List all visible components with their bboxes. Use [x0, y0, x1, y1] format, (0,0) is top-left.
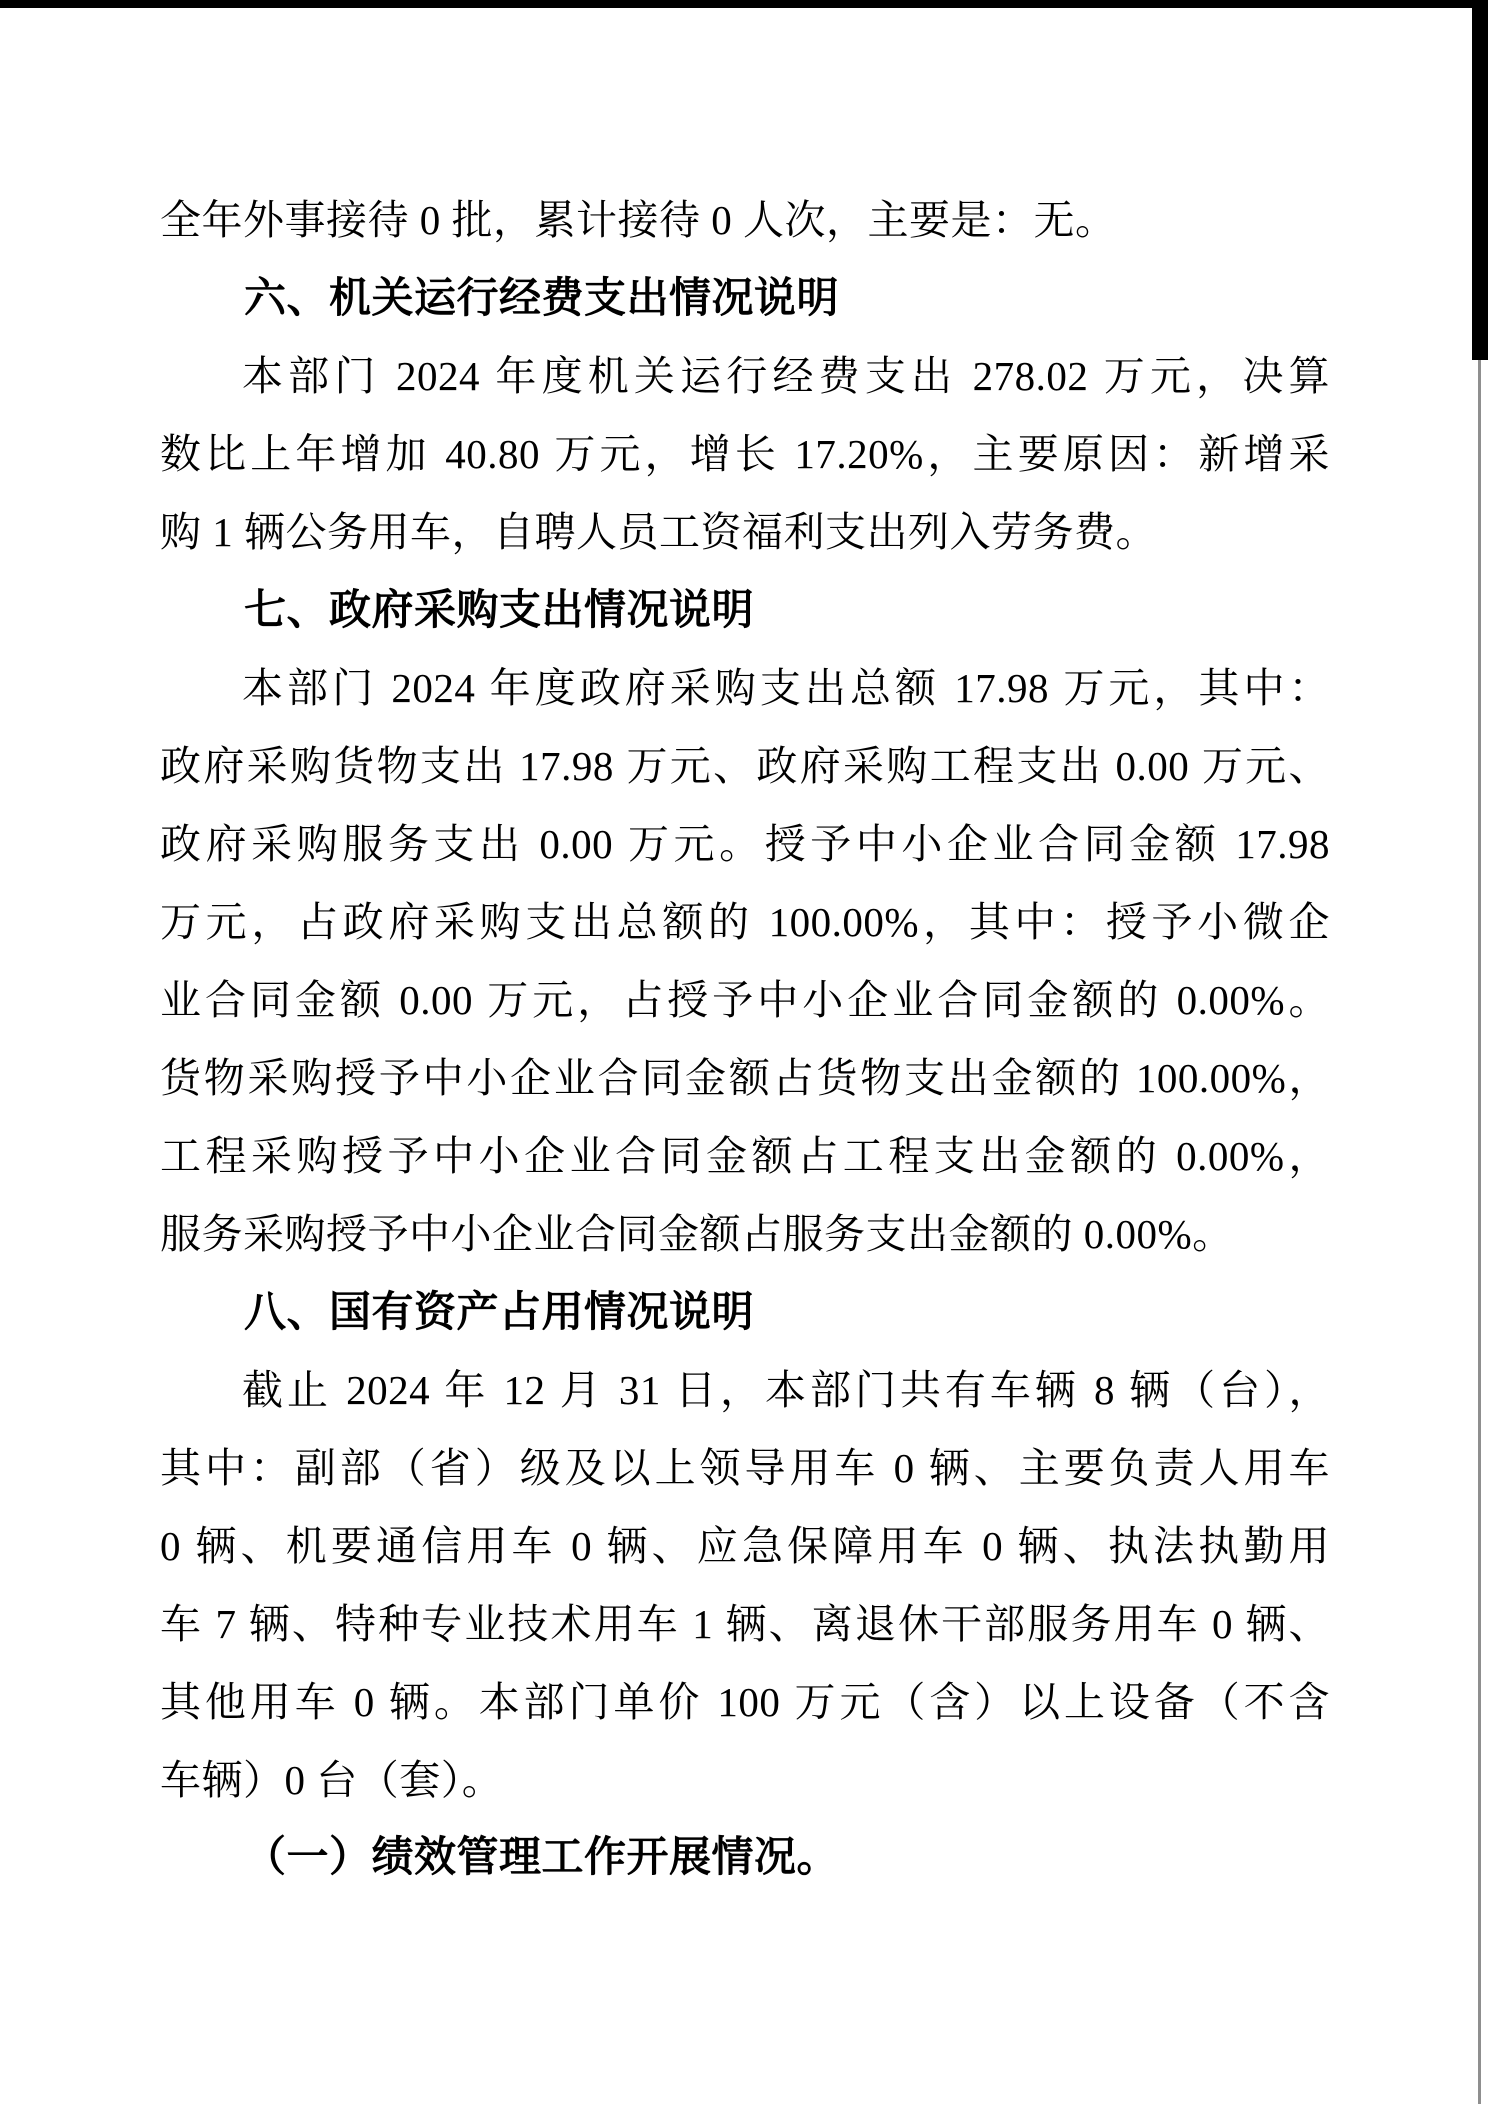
text-line-17: 其中：副部（省）级及以上领导用车 0 辆、主要负责人用车	[160, 1429, 1330, 1507]
text-line-14: 服务采购授予中小企业合同金额占服务支出金额的 0.00%。	[160, 1195, 1330, 1273]
text-line-3: 本部门 2024 年度机关运行经费支出 278.02 万元，决算	[160, 337, 1330, 415]
text-line-1: 全年外事接待 0 批，累计接待 0 人次，主要是：无。	[160, 181, 1330, 259]
text-line-6: 七、政府采购支出情况说明	[160, 571, 1330, 649]
text-line-20: 其他用车 0 辆。本部门单价 100 万元（含）以上设备（不含	[160, 1663, 1330, 1741]
text-line-15: 八、国有资产占用情况说明	[160, 1273, 1330, 1351]
text-line-19: 车 7 辆、特种专业技术用车 1 辆、离退休干部服务用车 0 辆、	[160, 1585, 1330, 1663]
text-line-5: 购 1 辆公务用车，自聘人员工资福利支出列入劳务费。	[160, 493, 1330, 571]
text-line-13: 工程采购授予中小企业合同金额占工程支出金额的 0.00%，	[160, 1117, 1330, 1195]
text-line-22: （一）绩效管理工作开展情况。	[160, 1819, 1330, 1897]
text-line-12: 货物采购授予中小企业合同金额占货物支出金额的 100.00%，	[160, 1039, 1330, 1117]
text-line-7: 本部门 2024 年度政府采购支出总额 17.98 万元，其中：	[160, 649, 1330, 727]
text-line-4: 数比上年增加 40.80 万元，增长 17.20%，主要原因：新增采	[160, 415, 1330, 493]
text-line-8: 政府采购货物支出 17.98 万元、政府采购工程支出 0.00 万元、	[160, 727, 1330, 805]
text-line-21: 车辆）0 台（套）。	[160, 1741, 1330, 1819]
text-line-2: 六、机关运行经费支出情况说明	[160, 259, 1330, 337]
text-line-18: 0 辆、机要通信用车 0 辆、应急保障用车 0 辆、执法执勤用	[160, 1507, 1330, 1585]
document-body: 全年外事接待 0 批，累计接待 0 人次，主要是：无。六、机关运行经费支出情况说…	[160, 181, 1330, 1897]
text-line-11: 业合同金额 0.00 万元，占授予中小企业合同金额的 0.00%。	[160, 961, 1330, 1039]
scan-artifact-right-edge-strip	[1472, 0, 1488, 360]
text-line-9: 政府采购服务支出 0.00 万元。授予中小企业合同金额 17.98	[160, 805, 1330, 883]
text-line-10: 万元，占政府采购支出总额的 100.00%，其中：授予小微企	[160, 883, 1330, 961]
scan-artifact-top-edge	[0, 0, 1488, 8]
scan-artifact-right-edge-line	[1478, 360, 1481, 2104]
text-line-16: 截止 2024 年 12 月 31 日，本部门共有车辆 8 辆（台），	[160, 1351, 1330, 1429]
document-page: 全年外事接待 0 批，累计接待 0 人次，主要是：无。六、机关运行经费支出情况说…	[0, 0, 1488, 2104]
